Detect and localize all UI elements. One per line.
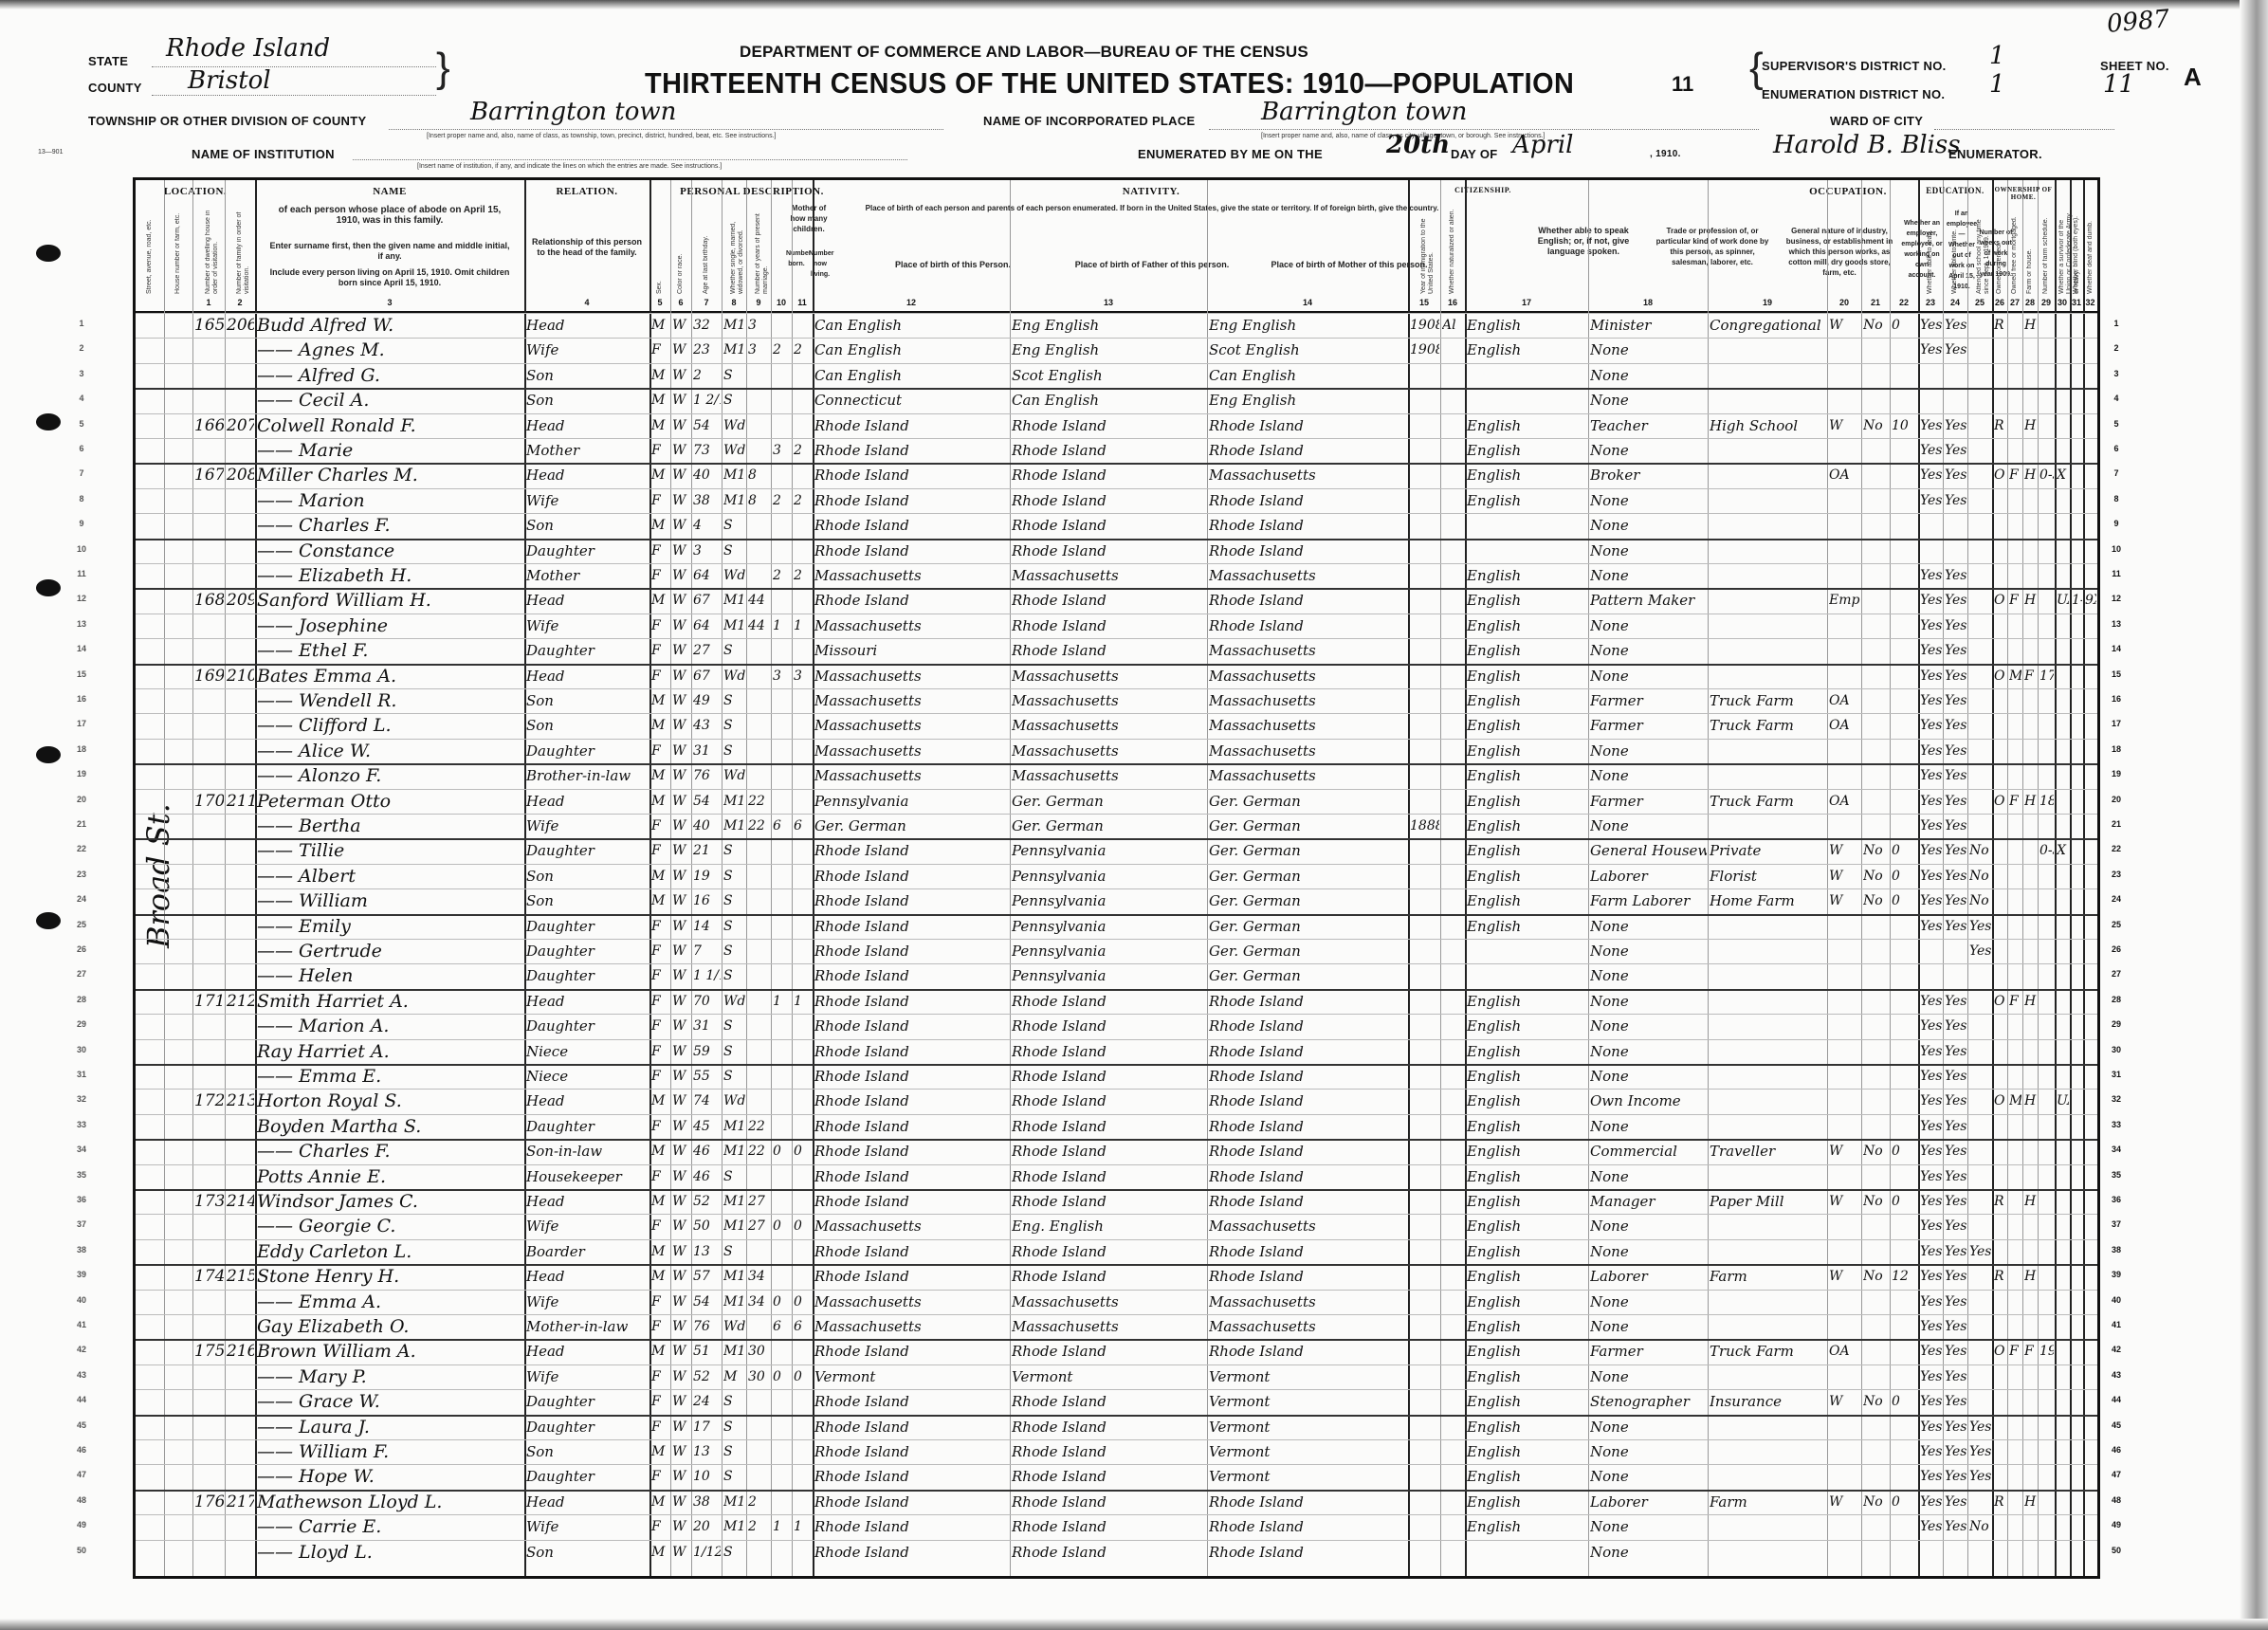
cell-birth-person: Rhode Island bbox=[814, 514, 1009, 537]
cell-sex: F bbox=[651, 564, 669, 587]
cell-birth-mother: Vermont bbox=[1209, 1440, 1407, 1463]
cell-weeks bbox=[1892, 764, 1917, 787]
cell-immig: 1888 bbox=[1410, 815, 1439, 837]
cell-living bbox=[794, 1190, 812, 1213]
cell-out bbox=[1863, 1240, 1889, 1263]
cell-emp: OA bbox=[1829, 689, 1860, 712]
cell-dwelling bbox=[194, 1390, 224, 1413]
cell-sched bbox=[2039, 1315, 2054, 1338]
cell-born: 0 bbox=[773, 1365, 791, 1388]
cell-name: —— Clifford L. bbox=[257, 714, 523, 737]
cell-farm bbox=[2024, 364, 2037, 387]
cell-trade: None bbox=[1590, 389, 1707, 412]
cell-natz bbox=[1442, 439, 1464, 462]
cell-years-married: 22 bbox=[748, 1140, 770, 1163]
cell-years-married bbox=[748, 540, 770, 562]
english-header: Whether able to speak English; or, if no… bbox=[1522, 226, 1645, 257]
cell-owned bbox=[1994, 439, 2006, 462]
cell-race: W bbox=[672, 1416, 690, 1438]
table-row: —— MarieMotherFW73Wd32Rhode IslandRhode … bbox=[136, 439, 2097, 464]
cell-farm bbox=[2024, 764, 2037, 787]
cell-blind bbox=[2072, 639, 2082, 662]
cell-trade: Farm Laborer bbox=[1590, 889, 1707, 912]
cell-deaf bbox=[2085, 964, 2096, 987]
cell-natz bbox=[1442, 1416, 1464, 1438]
cell-vet bbox=[2057, 1390, 2069, 1413]
cell-name: Ray Harriet A. bbox=[257, 1040, 523, 1063]
cell-sex: F bbox=[651, 1291, 669, 1313]
line-number-left: 45 bbox=[72, 1414, 91, 1437]
line-number: 16 bbox=[2107, 687, 2126, 710]
cell-age: 23 bbox=[693, 339, 721, 361]
cell-write: Yes bbox=[1945, 614, 1966, 637]
cell-years-married bbox=[748, 389, 770, 412]
cell-marital: M1 bbox=[723, 1340, 745, 1363]
cell-living bbox=[794, 790, 812, 813]
cell-blind bbox=[2072, 414, 2082, 437]
cell-weeks bbox=[1892, 589, 1917, 612]
vertical-column-label: Street, avenue, road, etc. bbox=[146, 209, 154, 294]
cell-weeks: 0 bbox=[1892, 1190, 1917, 1213]
cell-industry bbox=[1710, 339, 1826, 361]
cell-sex: M bbox=[651, 1240, 669, 1263]
cell-dwelling: 176 bbox=[194, 1491, 224, 1513]
cell-natz bbox=[1442, 915, 1464, 938]
cell-age: 1 2/12 bbox=[693, 389, 721, 412]
line-number: 36 bbox=[2107, 1188, 2126, 1211]
cell-name: —— Alfred G. bbox=[257, 364, 523, 387]
cell-birth-mother: Rhode Island bbox=[1209, 1541, 1407, 1564]
cell-vet bbox=[2057, 1491, 2069, 1513]
cell-sched bbox=[2039, 364, 2054, 387]
cell-write: Yes bbox=[1945, 489, 1966, 512]
cell-industry: Farm bbox=[1710, 1491, 1826, 1513]
cell-blind bbox=[2072, 439, 2082, 462]
cell-name: Mathewson Lloyd L. bbox=[257, 1491, 523, 1513]
cell-sex: F bbox=[651, 665, 669, 687]
cell-relation: Head bbox=[526, 990, 649, 1013]
cell-living bbox=[794, 414, 812, 437]
cell-dwelling bbox=[194, 489, 224, 512]
cell-natz bbox=[1442, 889, 1464, 912]
cell-write: Yes bbox=[1945, 439, 1966, 462]
cell-sched bbox=[2039, 1215, 2054, 1237]
cell-name: Brown William A. bbox=[257, 1340, 523, 1363]
cell-trade: None bbox=[1590, 964, 1707, 987]
group-location: LOCATION. bbox=[136, 186, 255, 197]
cell-dwelling bbox=[194, 540, 224, 562]
cell-vet bbox=[2057, 689, 2069, 712]
table-row: —— Grace W.DaughterFW24SRhode IslandRhod… bbox=[136, 1390, 2097, 1415]
cell-trade: Farmer bbox=[1590, 689, 1707, 712]
cell-school: No bbox=[1969, 1515, 1991, 1538]
group-name: NAME bbox=[255, 186, 524, 197]
cell-emp bbox=[1829, 1115, 1860, 1138]
cell-deaf bbox=[2085, 1291, 2096, 1313]
cell-marital: Wd bbox=[723, 564, 745, 587]
cell-free bbox=[2009, 339, 2021, 361]
cell-natz bbox=[1442, 1040, 1464, 1063]
cell-natz bbox=[1442, 1541, 1464, 1564]
cell-owned: O bbox=[1994, 790, 2006, 813]
cell-relation: Daughter bbox=[526, 839, 649, 862]
cell-industry bbox=[1710, 1365, 1826, 1388]
cell-owned bbox=[1994, 1416, 2006, 1438]
cell-emp bbox=[1829, 514, 1860, 537]
cell-vet bbox=[2057, 714, 2069, 737]
cell-out: No bbox=[1863, 865, 1889, 888]
table-row: —— Lloyd L.SonMW1/12SRhode IslandRhode I… bbox=[136, 1541, 2097, 1566]
cell-age: 67 bbox=[693, 665, 721, 687]
state-label: STATE bbox=[88, 54, 128, 68]
cell-dwelling bbox=[194, 865, 224, 888]
cell-family bbox=[227, 389, 254, 412]
cell-birth-person: Rhode Island bbox=[814, 439, 1009, 462]
cell-birth-father: Rhode Island bbox=[1012, 439, 1206, 462]
cell-marital: S bbox=[723, 1040, 745, 1063]
cell-farm bbox=[2024, 1065, 2037, 1088]
cell-weeks: 0 bbox=[1892, 839, 1917, 862]
cell-birth-person: Rhode Island bbox=[814, 1040, 1009, 1063]
cell-write bbox=[1945, 1541, 1966, 1564]
cell-marital: Wd bbox=[723, 414, 745, 437]
cell-out bbox=[1863, 1040, 1889, 1063]
cell-born bbox=[773, 964, 791, 987]
cell-birth-mother: Massachusetts bbox=[1209, 1215, 1407, 1237]
cell-farm: F bbox=[2024, 665, 2037, 687]
cell-race: W bbox=[672, 1440, 690, 1463]
cell-english: English bbox=[1467, 1390, 1587, 1413]
cell-free bbox=[2009, 1015, 2021, 1037]
cell-farm bbox=[2024, 865, 2037, 888]
cell-relation: Son bbox=[526, 714, 649, 737]
table-row: —— TillieDaughterFW21SRhode IslandPennsy… bbox=[136, 839, 2097, 864]
cell-deaf bbox=[2085, 1065, 2096, 1088]
cell-relation: Daughter bbox=[526, 964, 649, 987]
cell-owned bbox=[1994, 915, 2006, 938]
cell-weeks bbox=[1892, 639, 1917, 662]
cell-read: Yes bbox=[1920, 790, 1942, 813]
cell-years-married bbox=[748, 1240, 770, 1263]
cell-weeks bbox=[1892, 964, 1917, 987]
cell-marital: S bbox=[723, 1065, 745, 1088]
table-row: —— Hope W.DaughterFW10SRhode IslandRhode… bbox=[136, 1465, 2097, 1490]
cell-born bbox=[773, 740, 791, 762]
table-row: —— AlbertSonMW19SRhode IslandPennsylvani… bbox=[136, 865, 2097, 889]
cell-birth-father: Rhode Island bbox=[1012, 1240, 1206, 1263]
cell-read: Yes bbox=[1920, 1416, 1942, 1438]
cell-birth-father: Rhode Island bbox=[1012, 1140, 1206, 1163]
cell-natz bbox=[1442, 839, 1464, 862]
cell-immig bbox=[1410, 1040, 1439, 1063]
line-number-left: 42 bbox=[72, 1338, 91, 1361]
cell-trade: Stenographer bbox=[1590, 1390, 1707, 1413]
cell-read: Yes bbox=[1920, 689, 1942, 712]
cell-write: Yes bbox=[1945, 1491, 1966, 1513]
cell-race: W bbox=[672, 839, 690, 862]
cell-born: 0 bbox=[773, 1215, 791, 1237]
cell-race: W bbox=[672, 464, 690, 486]
cell-race: W bbox=[672, 815, 690, 837]
cell-industry bbox=[1710, 514, 1826, 537]
cell-sched: 19 bbox=[2039, 1340, 2054, 1363]
cell-write: Yes bbox=[1945, 990, 1966, 1013]
cell-blind bbox=[2072, 614, 2082, 637]
cell-natz bbox=[1442, 1465, 1464, 1488]
table-row: —— Carrie E.WifeFW20M1211Rhode IslandRho… bbox=[136, 1515, 2097, 1540]
cell-relation: Daughter bbox=[526, 940, 649, 962]
cell-write bbox=[1945, 364, 1966, 387]
cell-name: —— Josephine bbox=[257, 614, 523, 637]
cell-birth-person: Rhode Island bbox=[814, 1390, 1009, 1413]
cell-race: W bbox=[672, 364, 690, 387]
cell-vet bbox=[2057, 790, 2069, 813]
cell-dwelling: 167 bbox=[194, 464, 224, 486]
cell-age: 64 bbox=[693, 564, 721, 587]
cell-race: W bbox=[672, 889, 690, 912]
cell-blind bbox=[2072, 1315, 2082, 1338]
cell-english: English bbox=[1467, 464, 1587, 486]
cell-birth-mother: Rhode Island bbox=[1209, 439, 1407, 462]
table-row: Boyden Martha S.DaughterFW45M122Rhode Is… bbox=[136, 1115, 2097, 1140]
cell-family: 212 bbox=[227, 990, 254, 1013]
cell-name: Bates Emma A. bbox=[257, 665, 523, 687]
cell-owned bbox=[1994, 889, 2006, 912]
cell-birth-father: Rhode Island bbox=[1012, 1340, 1206, 1363]
department-title: DEPARTMENT OF COMMERCE AND LABOR—BUREAU … bbox=[740, 43, 1308, 62]
vertical-column-label: Whether able to read. bbox=[1927, 209, 1934, 294]
cell-relation: Head bbox=[526, 589, 649, 612]
scan-edge-right bbox=[2240, 0, 2268, 1630]
cell-name: —— Emma E. bbox=[257, 1065, 523, 1088]
cell-relation: Wife bbox=[526, 489, 649, 512]
table-row: —— Cecil A.SonMW1 2/12SConnecticutCan En… bbox=[136, 389, 2097, 413]
cell-living bbox=[794, 1090, 812, 1112]
cell-age: 13 bbox=[693, 1240, 721, 1263]
cell-years-married bbox=[748, 940, 770, 962]
cell-industry: Truck Farm bbox=[1710, 1340, 1826, 1363]
cell-birth-father: Rhode Island bbox=[1012, 414, 1206, 437]
cell-years-married bbox=[748, 889, 770, 912]
cell-name: —— Alonzo F. bbox=[257, 764, 523, 787]
cell-birth-person: Rhode Island bbox=[814, 940, 1009, 962]
cell-years-married bbox=[748, 514, 770, 537]
cell-relation: Son bbox=[526, 865, 649, 888]
cell-race: W bbox=[672, 489, 690, 512]
cell-family bbox=[227, 815, 254, 837]
table-row: 166207Colwell Ronald F.HeadMW54WdRhode I… bbox=[136, 414, 2097, 439]
table-row: —— Emma A.WifeFW54M13400MassachusettsMas… bbox=[136, 1291, 2097, 1315]
cell-age: 1/12 bbox=[693, 1541, 721, 1564]
cell-weeks bbox=[1892, 464, 1917, 486]
cell-industry: Traveller bbox=[1710, 1140, 1826, 1163]
line-number: 21 bbox=[2107, 813, 2126, 835]
cell-blind bbox=[2072, 1541, 2082, 1564]
cell-read bbox=[1920, 940, 1942, 962]
cell-deaf: 9X bbox=[2085, 589, 2096, 612]
cell-vet bbox=[2057, 1340, 2069, 1363]
cell-industry: Insurance bbox=[1710, 1390, 1826, 1413]
cell-industry: Truck Farm bbox=[1710, 714, 1826, 737]
cell-birth-mother: Massachusetts bbox=[1209, 1291, 1407, 1313]
cell-english: English bbox=[1467, 665, 1587, 687]
cell-age: 32 bbox=[693, 314, 721, 337]
cell-birth-father: Rhode Island bbox=[1012, 614, 1206, 637]
cell-english: English bbox=[1467, 1065, 1587, 1088]
cell-emp bbox=[1829, 339, 1860, 361]
line-number-left: 21 bbox=[72, 813, 91, 835]
cell-name: Peterman Otto bbox=[257, 790, 523, 813]
cell-blind bbox=[2072, 339, 2082, 361]
cell-vet bbox=[2057, 564, 2069, 587]
cell-sched bbox=[2039, 964, 2054, 987]
cell-vet bbox=[2057, 815, 2069, 837]
cell-name: Windsor James C. bbox=[257, 1190, 523, 1213]
cell-name: —— Cecil A. bbox=[257, 389, 523, 412]
cell-blind bbox=[2072, 514, 2082, 537]
cell-living bbox=[794, 1440, 812, 1463]
cell-write: Yes bbox=[1945, 1040, 1966, 1063]
cell-born bbox=[773, 1541, 791, 1564]
line-number-left: 34 bbox=[72, 1138, 91, 1161]
cell-weeks bbox=[1892, 790, 1917, 813]
number-born-header: Number born. bbox=[786, 248, 807, 269]
cell-dwelling bbox=[194, 839, 224, 862]
cell-owned bbox=[1994, 839, 2006, 862]
cell-relation: Mother-in-law bbox=[526, 1315, 649, 1338]
cell-english: English bbox=[1467, 314, 1587, 337]
line-number-left: 7 bbox=[72, 462, 91, 485]
cell-years-married: 8 bbox=[748, 464, 770, 486]
cell-read: Yes bbox=[1920, 589, 1942, 612]
cell-birth-father: Ger. German bbox=[1012, 790, 1206, 813]
cell-vet bbox=[2057, 1065, 2069, 1088]
cell-english: English bbox=[1467, 414, 1587, 437]
cell-birth-father: Massachusetts bbox=[1012, 740, 1206, 762]
group-citizenship: CITIZENSHIP. bbox=[1448, 186, 1518, 194]
form-number: 11 bbox=[1672, 72, 1693, 97]
cell-natz bbox=[1442, 1190, 1464, 1213]
cell-sex: F bbox=[651, 1165, 669, 1188]
cell-free bbox=[2009, 1240, 2021, 1263]
cell-deaf bbox=[2085, 1365, 2096, 1388]
line-number-left: 38 bbox=[72, 1238, 91, 1261]
cell-farm bbox=[2024, 1315, 2037, 1338]
cell-years-married: 27 bbox=[748, 1215, 770, 1237]
cell-owned bbox=[1994, 564, 2006, 587]
cell-farm bbox=[2024, 639, 2037, 662]
cell-emp bbox=[1829, 1541, 1860, 1564]
cell-years-married bbox=[748, 964, 770, 987]
cell-english bbox=[1467, 1541, 1587, 1564]
cell-birth-person: Pennsylvania bbox=[814, 790, 1009, 813]
cell-blind bbox=[2072, 1465, 2082, 1488]
cell-birth-mother: Scot English bbox=[1209, 339, 1407, 361]
line-number: 45 bbox=[2107, 1414, 2126, 1437]
column-number: 16 bbox=[1438, 298, 1467, 307]
cell-marital: S bbox=[723, 514, 745, 537]
cell-birth-mother: Vermont bbox=[1209, 1416, 1407, 1438]
cell-birth-father: Rhode Island bbox=[1012, 1541, 1206, 1564]
cell-immig bbox=[1410, 665, 1439, 687]
cell-dwelling bbox=[194, 740, 224, 762]
cell-living bbox=[794, 1340, 812, 1363]
cell-farm bbox=[2024, 389, 2037, 412]
cell-years-married bbox=[748, 639, 770, 662]
cell-dwelling bbox=[194, 815, 224, 837]
group-education: EDUCATION. bbox=[1918, 186, 1992, 195]
cell-vet bbox=[2057, 639, 2069, 662]
cell-birth-mother: Massachusetts bbox=[1209, 764, 1407, 787]
cell-years-married bbox=[748, 865, 770, 888]
line-number: 50 bbox=[2107, 1539, 2126, 1562]
cell-english: English bbox=[1467, 1090, 1587, 1112]
cell-relation: Niece bbox=[526, 1040, 649, 1063]
cell-race: W bbox=[672, 414, 690, 437]
cell-natz bbox=[1442, 1390, 1464, 1413]
cell-relation: Head bbox=[526, 1090, 649, 1112]
relation-description: Relationship of this person to the head … bbox=[528, 237, 646, 258]
punch-hole bbox=[36, 579, 61, 596]
cell-vet bbox=[2057, 940, 2069, 962]
cell-school bbox=[1969, 740, 1991, 762]
cell-race: W bbox=[672, 1040, 690, 1063]
cell-race: W bbox=[672, 1465, 690, 1488]
cell-emp bbox=[1829, 1291, 1860, 1313]
cell-weeks bbox=[1892, 614, 1917, 637]
township-instructions: [Insert proper name and, also, name of c… bbox=[427, 133, 776, 139]
cell-immig bbox=[1410, 964, 1439, 987]
cell-write: Yes bbox=[1945, 1440, 1966, 1463]
cell-age: 76 bbox=[693, 764, 721, 787]
cell-deaf bbox=[2085, 564, 2096, 587]
cell-age: 74 bbox=[693, 1090, 721, 1112]
cell-emp bbox=[1829, 1215, 1860, 1237]
vertical-column-label: Color or race. bbox=[677, 209, 685, 294]
cell-marital: M1 bbox=[723, 589, 745, 612]
cell-sex: F bbox=[651, 1390, 669, 1413]
cell-sched bbox=[2039, 714, 2054, 737]
cell-name: Stone Henry H. bbox=[257, 1265, 523, 1288]
cell-birth-father: Rhode Island bbox=[1012, 489, 1206, 512]
cell-free bbox=[2009, 764, 2021, 787]
cell-years-married: 8 bbox=[748, 489, 770, 512]
cell-family: 210 bbox=[227, 665, 254, 687]
cell-weeks bbox=[1892, 1291, 1917, 1313]
cell-vet bbox=[2057, 339, 2069, 361]
cell-out: No bbox=[1863, 414, 1889, 437]
cell-sex: F bbox=[651, 915, 669, 938]
cell-birth-father: Pennsylvania bbox=[1012, 915, 1206, 938]
cell-owned: O bbox=[1994, 464, 2006, 486]
cell-race: W bbox=[672, 865, 690, 888]
cell-immig bbox=[1410, 464, 1439, 486]
cell-free bbox=[2009, 740, 2021, 762]
cell-birth-father: Massachusetts bbox=[1012, 665, 1206, 687]
cell-immig bbox=[1410, 740, 1439, 762]
cell-read: Yes bbox=[1920, 614, 1942, 637]
cell-sched bbox=[2039, 1541, 2054, 1564]
cell-farm bbox=[2024, 1440, 2037, 1463]
cell-living bbox=[794, 964, 812, 987]
cell-age: 38 bbox=[693, 489, 721, 512]
cell-trade: None bbox=[1590, 1541, 1707, 1564]
cell-dwelling bbox=[194, 339, 224, 361]
cell-born bbox=[773, 689, 791, 712]
cell-read: Yes bbox=[1920, 1115, 1942, 1138]
table-row: 167208Miller Charles M.HeadMW40M18Rhode … bbox=[136, 464, 2097, 488]
cell-living: 1 bbox=[794, 614, 812, 637]
